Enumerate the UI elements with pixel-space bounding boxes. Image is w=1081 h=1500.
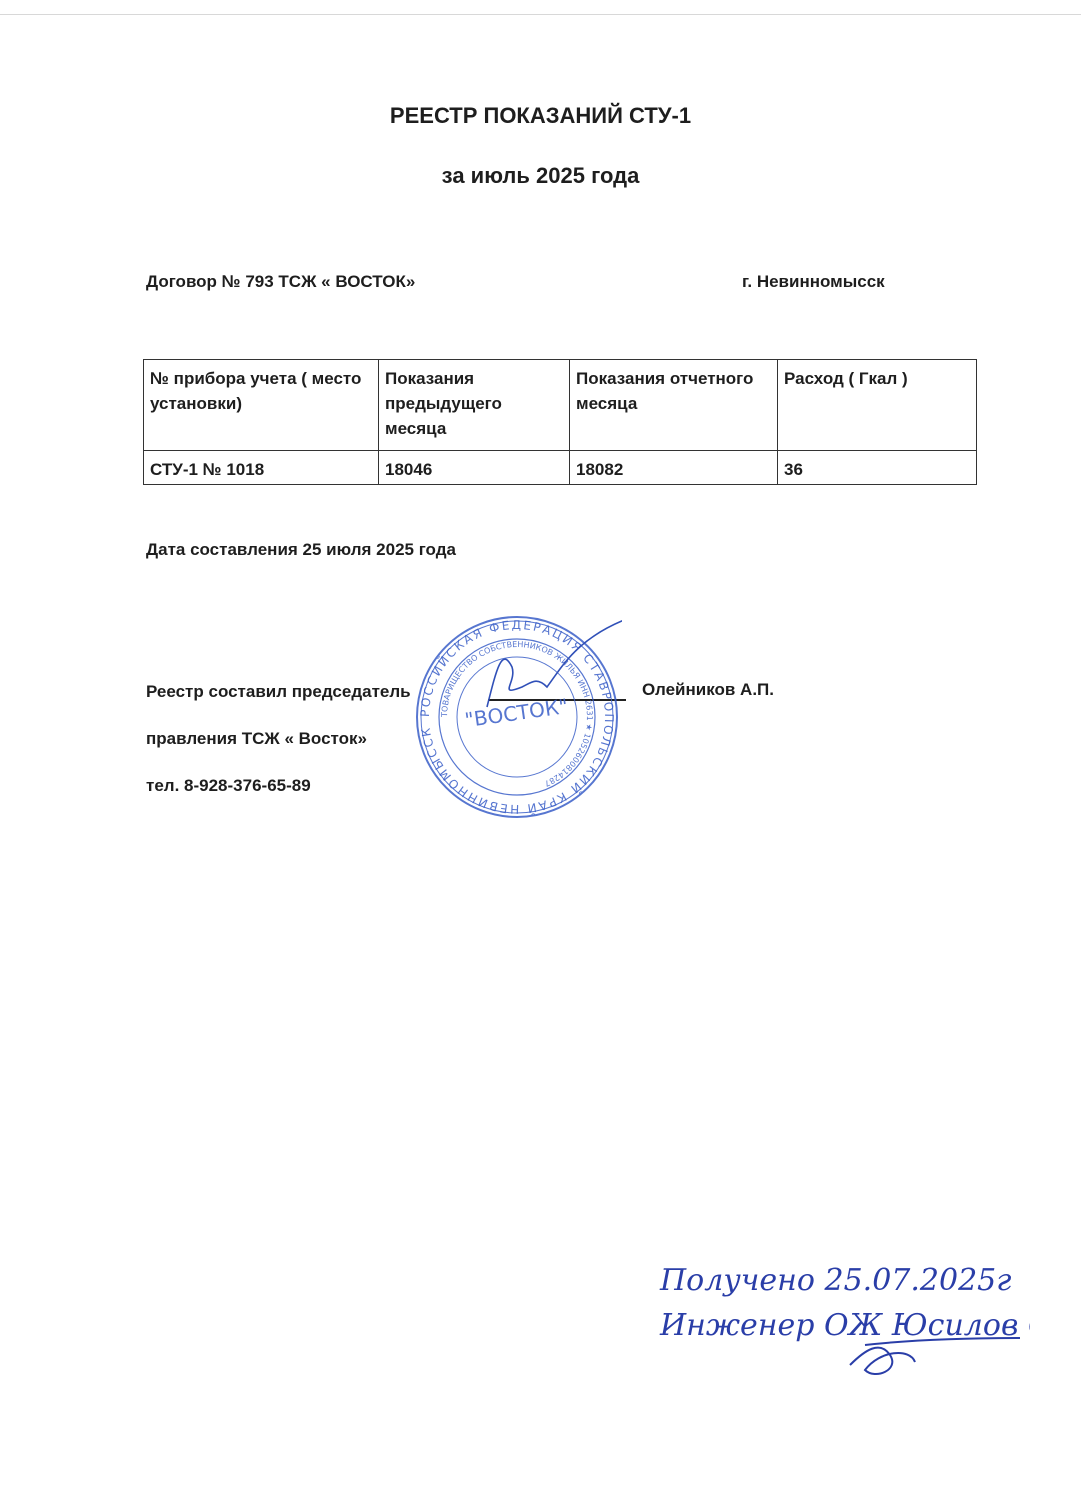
header-current-reading: Показания отчетного месяца	[570, 360, 778, 451]
header-consumption: Расход ( Гкал )	[778, 360, 977, 451]
table-header-row: № прибора учета ( место установки) Показ…	[144, 360, 977, 451]
contract-line: Договор № 793 ТСЖ « ВОСТОК»	[146, 272, 415, 292]
handwritten-received-note: Получено 25.07.2025г Инженер ОЖ Юсилов О…	[650, 1250, 1030, 1400]
compiled-by-line: Реестр составил председатель	[146, 682, 411, 702]
cell-previous-reading: 18046	[379, 451, 570, 485]
city-line: г. Невинномысск	[742, 272, 885, 292]
document-title: РЕЕСТР ПОКАЗАНИЙ СТУ-1	[0, 103, 1081, 129]
signer-name: Олейников А.П.	[642, 680, 774, 700]
cell-meter-number: СТУ-1 № 1018	[144, 451, 379, 485]
svg-text:"ВОСТОК": "ВОСТОК"	[463, 694, 569, 732]
board-line: правления ТСЖ « Восток»	[146, 729, 367, 749]
scan-top-edge	[0, 14, 1081, 15]
cell-consumption: 36	[778, 451, 977, 485]
table-row: СТУ-1 № 1018 18046 18082 36	[144, 451, 977, 485]
header-previous-reading: Показания предыдущего месяца	[379, 360, 570, 451]
date-line: Дата составления 25 июля 2025 года	[146, 540, 456, 560]
round-stamp-icon: РОССИЙСКАЯ ФЕДЕРАЦИЯ СТАВРОПОЛЬСКИЙ КРАЙ…	[412, 612, 622, 822]
document-subtitle: за июль 2025 года	[0, 163, 1081, 189]
cell-current-reading: 18082	[570, 451, 778, 485]
header-meter-number: № прибора учета ( место установки)	[144, 360, 379, 451]
readings-table: № прибора учета ( место установки) Показ…	[143, 359, 977, 485]
phone-line: тел. 8-928-376-65-89	[146, 776, 311, 796]
svg-text:Получено 25.07.2025г: Получено 25.07.2025г	[659, 1263, 1011, 1298]
